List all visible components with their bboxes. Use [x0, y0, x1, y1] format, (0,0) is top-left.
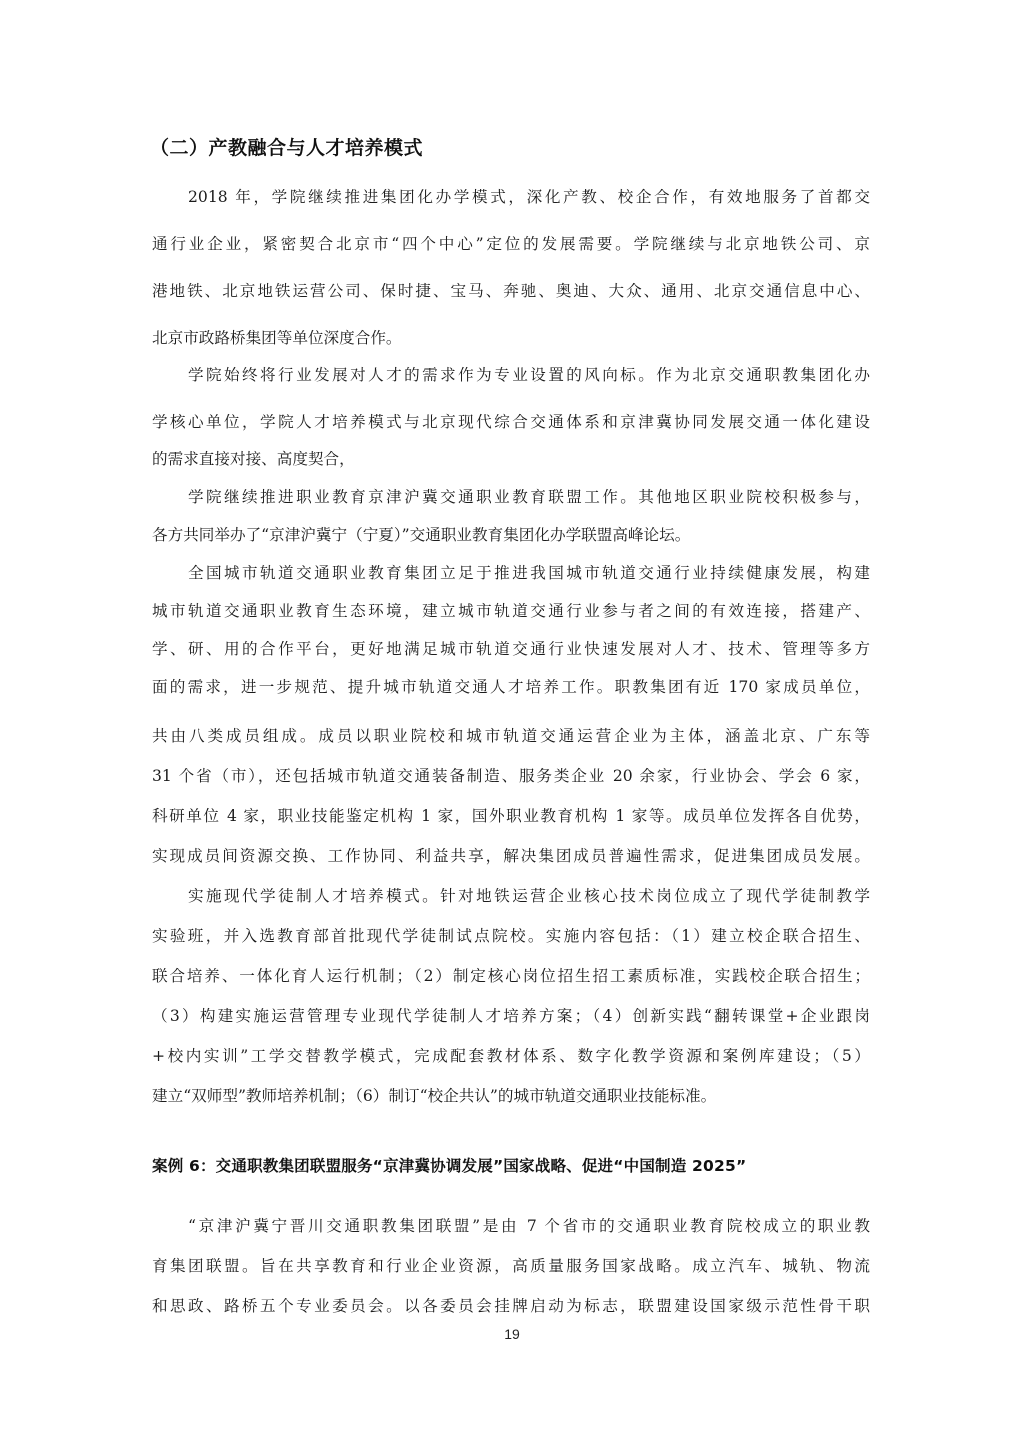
paragraph-line: 实施现代学徒制人才培养模式。针对地铁运营企业核心技术岗位成立了现代学徒制教学	[188, 886, 870, 906]
paragraph-line: （3）构建实施运营管理专业现代学徒制人才培养方案；（4）创新实践“翻转课堂+企业…	[152, 1006, 870, 1026]
document-page: （二）产教融合与人才培养模式 2018 年，学院继续推进集团化办学模式，深化产教…	[0, 0, 1024, 1448]
paragraph-line: 实现成员间资源交换、工作协同、利益共享，解决集团成员普遍性需求，促进集团成员发展…	[152, 846, 870, 866]
section-heading: （二）产教融合与人才培养模式	[150, 133, 423, 160]
paragraph-line: 建立“双师型”教师培养机制；（6）制订“校企共认”的城市轨道交通职业技能标准。	[152, 1086, 870, 1106]
paragraph-line: 31 个省（市），还包括城市轨道交通装备制造、服务类企业 20 余家，行业协会、…	[152, 766, 870, 786]
paragraph-line: 北京市政路桥集团等单位深度合作。	[152, 328, 870, 348]
paragraph-line: 港地铁、北京地铁运营公司、保时捷、宝马、奔驰、奥迪、大众、通用、北京交通信息中心…	[152, 281, 870, 301]
paragraph-line: 全国城市轨道交通职业教育集团立足于推进我国城市轨道交通行业持续健康发展，构建	[188, 563, 870, 583]
paragraph-line: 通行业企业，紧密契合北京市“四个中心”定位的发展需要。学院继续与北京地铁公司、京	[152, 234, 870, 254]
paragraph-line: “京津沪冀宁晋川交通职教集团联盟”是由 7 个省市的交通职业教育院校成立的职业教	[188, 1216, 870, 1236]
paragraph-line: 共由八类成员组成。成员以职业院校和城市轨道交通运营企业为主体，涵盖北京、广东等	[152, 726, 870, 746]
paragraph-line: 的需求直接对接、高度契合，	[152, 449, 870, 469]
paragraph-line: 学核心单位，学院人才培养模式与北京现代综合交通体系和京津冀协同发展交通一体化建设	[152, 412, 870, 432]
paragraph-line: 和思政、路桥五个专业委员会。以各委员会挂牌启动为标志，联盟建设国家级示范性骨干职	[152, 1296, 870, 1316]
page-number: 19	[0, 1326, 1024, 1342]
paragraph-line: 育集团联盟。旨在共享教育和行业企业资源，高质量服务国家战略。成立汽车、城轨、物流	[152, 1256, 870, 1276]
paragraph-line: 实验班，并入选教育部首批现代学徒制试点院校。实施内容包括：（1）建立校企联合招生…	[152, 926, 870, 946]
paragraph-line: 面的需求，进一步规范、提升城市轨道交通人才培养工作。职教集团有近 170 家成员…	[152, 677, 870, 697]
case-title: 案例 6：交通职教集团联盟服务“京津冀协调发展”国家战略、促进“中国制造 202…	[152, 1154, 746, 1176]
paragraph-line: 科研单位 4 家，职业技能鉴定机构 1 家，国外职业教育机构 1 家等。成员单位…	[152, 806, 870, 826]
paragraph-line: +校内实训”工学交替教学模式，完成配套教材体系、数字化教学资源和案例库建设；（5…	[152, 1046, 870, 1066]
paragraph-line: 联合培养、一体化育人运行机制；（2）制定核心岗位招生招工素质标准，实践校企联合招…	[152, 966, 870, 986]
paragraph-line: 学院继续推进职业教育京津沪冀交通职业教育联盟工作。其他地区职业院校积极参与，	[188, 487, 870, 507]
paragraph-line: 学、研、用的合作平台，更好地满足城市轨道交通行业快速发展对人才、技术、管理等多方	[152, 639, 870, 659]
paragraph-line: 2018 年，学院继续推进集团化办学模式，深化产教、校企合作，有效地服务了首都交	[188, 187, 870, 207]
paragraph-line: 城市轨道交通职业教育生态环境，建立城市轨道交通行业参与者之间的有效连接，搭建产、	[152, 601, 870, 621]
paragraph-line: 学院始终将行业发展对人才的需求作为专业设置的风向标。作为北京交通职教集团化办	[188, 365, 870, 385]
paragraph-line: 各方共同举办了“京津沪冀宁（宁夏）”交通职业教育集团化办学联盟高峰论坛。	[152, 525, 870, 545]
